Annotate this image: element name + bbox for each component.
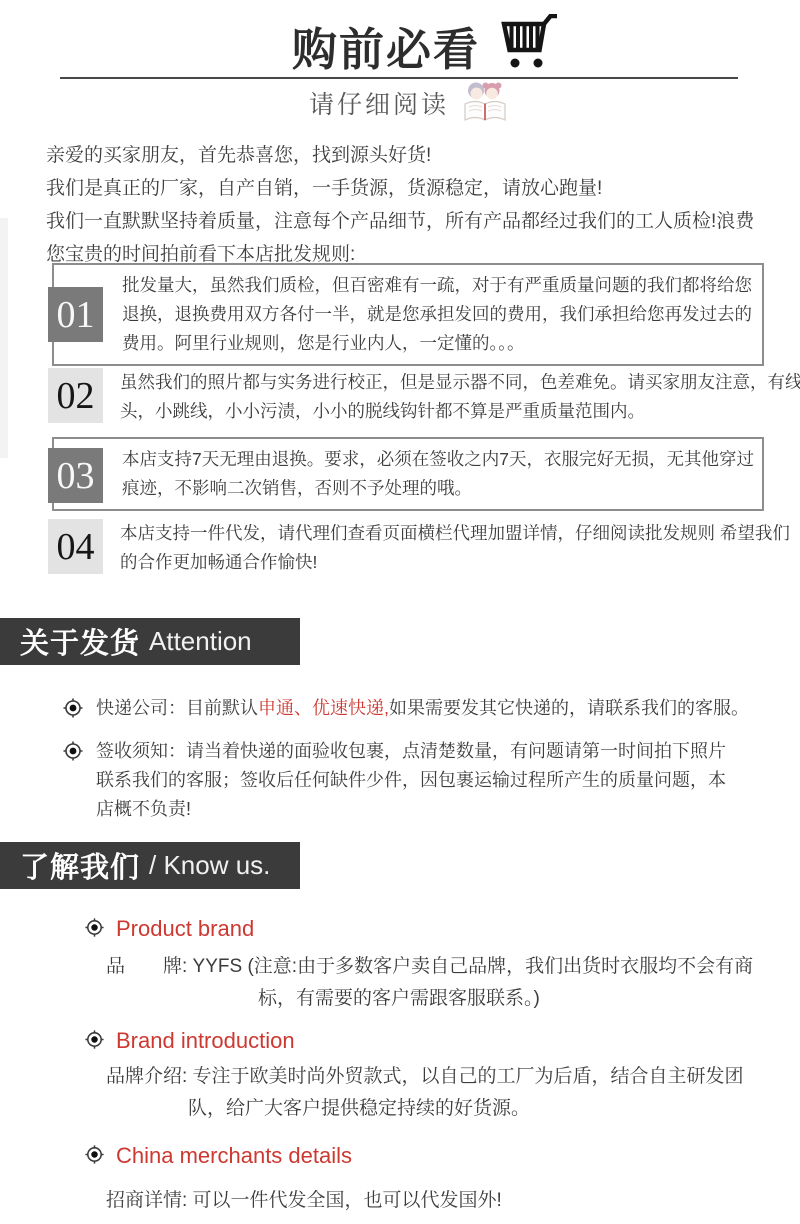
- courier-highlight: 申通、优速快递,: [258, 698, 389, 718]
- product-brand-line-2: 标，有需要的客户需跟客服联系。): [258, 984, 540, 1014]
- know-us-heading-china-merchants: China merchants details: [84, 1141, 352, 1170]
- rule-text: 本店支持7天无理由退换。要求，必须在签收之内7天，衣服完好无损，无其他穿过痕迹，…: [122, 439, 762, 509]
- shipping-receipt-text: 签收须知：请当着快递的面验收包裹，点清楚数量，有问题请第一时间拍下照片联系我们的…: [96, 737, 736, 824]
- receipt-body: 请当着快递的面验收包裹，点清楚数量，有问题请第一时间拍下照片联系我们的客服；签收…: [96, 741, 726, 819]
- kids-reading-book-icon: [461, 80, 511, 127]
- brand-intro-line-2: 队，给广大客户提供稳定持续的好货源。: [188, 1094, 530, 1124]
- know-us-heading-label: Product brand: [116, 916, 254, 942]
- rule-text: 虽然我们的照片都与实务进行校正，但是显示器不同，色差难免。请买家朋友注意，有线头…: [120, 368, 800, 426]
- target-bullet-icon: [84, 917, 105, 943]
- rule-item-04: 04 本店支持一件代发，请代理们查看页面横栏代理加盟详情，仔细阅读批发规则 希望…: [52, 519, 764, 577]
- rule-item-01: 01 批发量大，虽然我们质检，但百密难有一疏，对于有严重质量问题的我们都将给您退…: [52, 263, 764, 366]
- page-title: 购前必看: [292, 13, 480, 78]
- target-bullet-icon: [62, 740, 84, 767]
- intro-line: 我们一直默默坚持着质量，注意每个产品细节，所有产品都经过我们的工人质检!浪费您宝…: [46, 205, 768, 271]
- rule-number-badge: 03: [48, 448, 103, 503]
- receipt-label: 签收须知：: [96, 741, 186, 761]
- target-bullet-icon: [84, 1144, 105, 1170]
- intro-paragraph: 亲爱的买家朋友，首先恭喜您，找到源头好货! 我们是真正的厂家，自产自销，一手货源…: [46, 139, 768, 271]
- target-bullet-icon: [84, 1029, 105, 1055]
- rule-item-03: 03 本店支持7天无理由退换。要求，必须在签收之内7天，衣服完好无损，无其他穿过…: [52, 437, 764, 511]
- shipping-courier-text: 快递公司：目前默认申通、优速快递,如果需要发其它快递的，请联系我们的客服。: [96, 694, 796, 723]
- shipping-courier-item: 快递公司：目前默认申通、优速快递,如果需要发其它快递的，请联系我们的客服。: [62, 694, 796, 724]
- rule-text: 批发量大，虽然我们质检，但百密难有一疏，对于有严重质量问题的我们都将给您退换，退…: [122, 265, 762, 364]
- product-brand-line-1: 品 牌: YYFS (注意:由于多数客户卖自己品牌，我们出货时衣服均不会有商: [106, 952, 753, 982]
- purchase-notice-page: 购前必看 请仔细阅读: [0, 0, 800, 1224]
- section-title-en: Attention: [149, 626, 252, 657]
- courier-before: 目前默认: [186, 698, 258, 718]
- shipping-receipt-item: 签收须知：请当着快递的面验收包裹，点清楚数量，有问题请第一时间拍下照片联系我们的…: [62, 737, 736, 824]
- section-title-cn: 了解我们: [20, 845, 140, 886]
- rule-number-badge: 02: [48, 368, 103, 423]
- target-bullet-icon: [62, 697, 84, 724]
- brand-intro-line-1: 品牌介绍: 专注于欧美时尚外贸款式，以自己的工厂为后盾，结合自主研发团: [106, 1062, 744, 1092]
- intro-line: 亲爱的买家朋友，首先恭喜您，找到源头好货!: [46, 139, 768, 172]
- know-us-heading-label: China merchants details: [116, 1143, 352, 1169]
- header: 购前必看: [26, 14, 800, 76]
- header-subtitle: 请仔细阅读: [309, 85, 449, 121]
- rule-text: 本店支持一件代发，请代理们查看页面横栏代理加盟详情，仔细阅读批发规则 希望我们的…: [120, 519, 798, 577]
- section-title-cn: 关于发货: [20, 621, 140, 662]
- rule-number-badge: 01: [48, 287, 103, 342]
- rule-item-02: 02 虽然我们的照片都与实务进行校正，但是显示器不同，色差难免。请买家朋友注意，…: [52, 368, 764, 426]
- courier-label: 快递公司：: [96, 698, 186, 718]
- header-subtitle-row: 请仔细阅读: [10, 83, 800, 123]
- know-us-heading-brand-introduction: Brand introduction: [84, 1026, 295, 1055]
- section-title-en: / Know us.: [149, 850, 270, 881]
- section-header-know-us: 了解我们 / Know us.: [0, 842, 300, 889]
- left-edge-strip: [0, 218, 8, 458]
- intro-line: 我们是真正的厂家，自产自销，一手货源，货源稳定，请放心跑量!: [46, 172, 768, 205]
- shopping-cart-icon: [498, 14, 560, 77]
- section-header-shipping: 关于发货 Attention: [0, 618, 300, 665]
- know-us-heading-product-brand: Product brand: [84, 914, 254, 943]
- china-merchants-line-1: 招商详情: 可以一件代发全国，也可以代发国外!: [106, 1186, 502, 1216]
- courier-after: 如果需要发其它快递的，请联系我们的客服。: [389, 698, 749, 718]
- know-us-heading-label: Brand introduction: [116, 1028, 295, 1054]
- header-divider: [60, 77, 738, 79]
- rule-number-badge: 04: [48, 519, 103, 574]
